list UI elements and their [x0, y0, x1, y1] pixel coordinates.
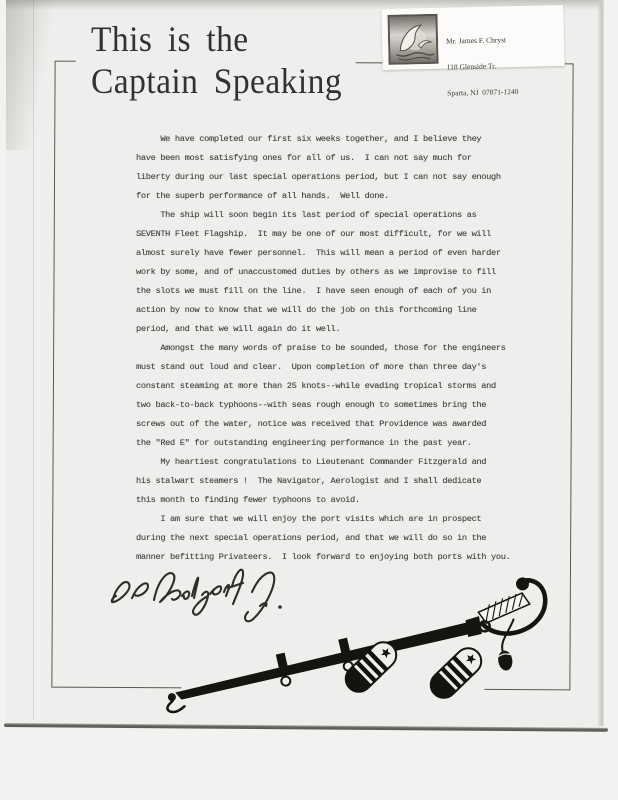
- page-title: This is the Captain Speaking: [91, 18, 342, 102]
- page-title-line1: This is the: [91, 18, 342, 60]
- city-state-zip: Sparta, NJ 07871-1240: [447, 88, 518, 98]
- page-right-edge: [597, 0, 604, 726]
- page-fold-crease: [33, 0, 34, 720]
- dolphin-logo-icon: [387, 14, 438, 65]
- letter-body: We have completed our first six weeks to…: [136, 130, 536, 567]
- page-curl-shadow: [6, 0, 52, 150]
- scanned-newsletter-page: This is the Captain Speaking: [0, 0, 618, 800]
- recipient-name: Mr. James F. Chryst: [446, 36, 517, 46]
- mailing-label: Mr. James F. Chryst 118 Glenside Tr. Spa…: [381, 5, 564, 70]
- letter-paragraph-3: Amongst the many words of praise to be s…: [136, 339, 536, 453]
- letter-paragraph-4: My heartiest congratulations to Lieutena…: [136, 453, 536, 510]
- letter-paragraph-1: We have completed our first six weeks to…: [136, 130, 536, 206]
- mailing-address: Mr. James F. Chryst 118 Glenside Tr. Spa…: [446, 19, 518, 69]
- street-address: 118 Glenside Tr.: [447, 62, 518, 72]
- paper-sheet: This is the Captain Speaking: [6, 0, 604, 726]
- letter-paragraph-5: I am sure that we will enjoy the port vi…: [136, 510, 536, 567]
- page-title-line2: Captain Speaking: [91, 60, 342, 102]
- shoulder-boards-illustration: [338, 641, 508, 703]
- letter-paragraph-2: The ship will soon begin its last period…: [136, 206, 536, 339]
